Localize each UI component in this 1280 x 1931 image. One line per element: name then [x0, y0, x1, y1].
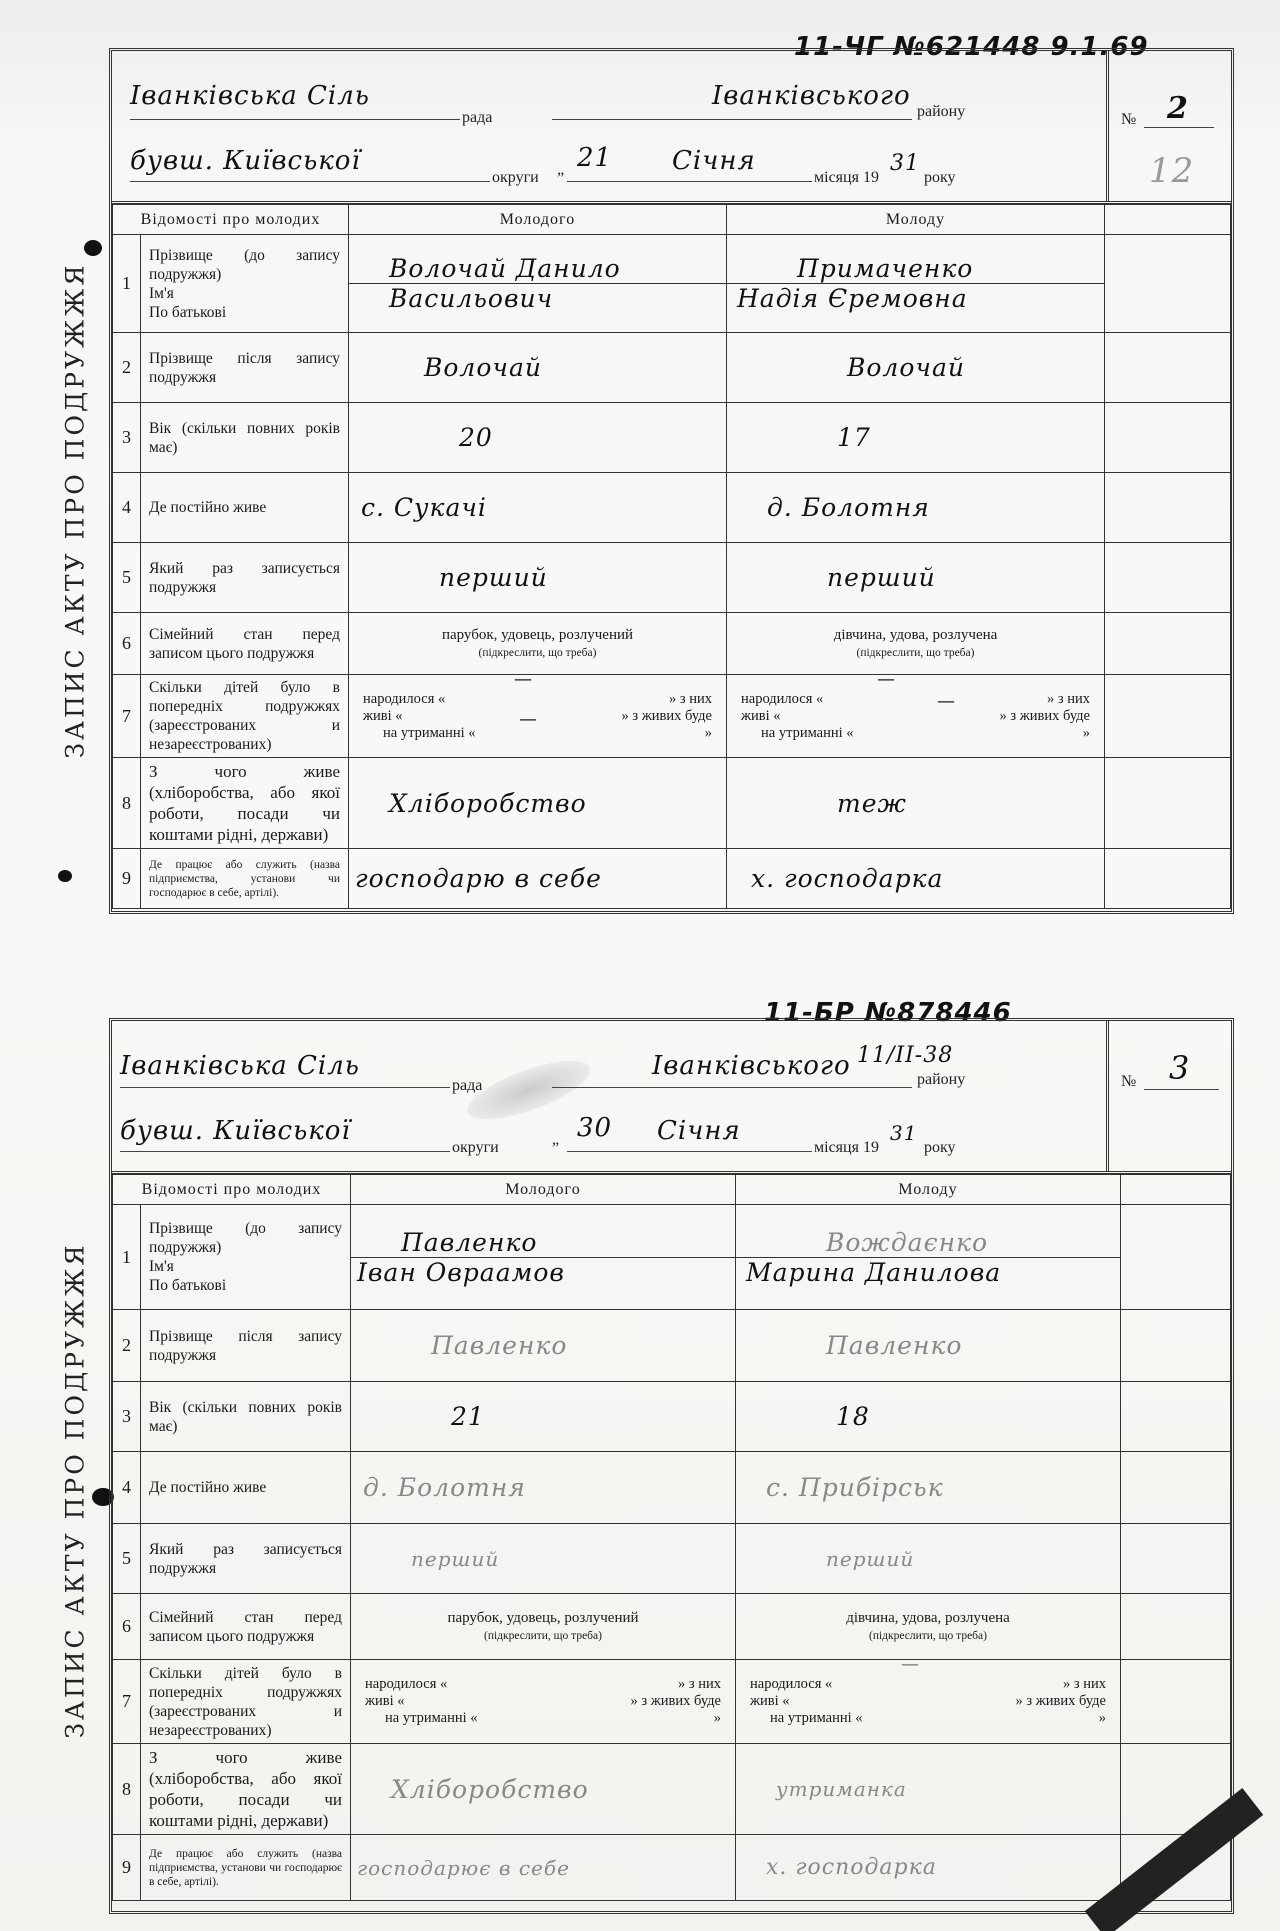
of-them-label: » з них	[669, 691, 712, 708]
day-value: 30	[577, 1113, 612, 1143]
row-number: 1	[113, 1205, 141, 1310]
header-groom: Молодого	[349, 205, 727, 235]
date-line	[567, 1151, 812, 1152]
margin-cell	[1105, 758, 1231, 849]
row-number: 7	[113, 1660, 141, 1744]
row-number: 4	[113, 1452, 141, 1524]
row-label: Вік (скільки повних років має)	[141, 1382, 351, 1452]
row-label: Сімейний стан перед записом цього подруж…	[141, 1594, 351, 1660]
label-surname: Прізвище (до запису подружжя)	[149, 246, 340, 284]
rayon-line	[552, 1087, 912, 1088]
of-them-label: » з них	[1063, 1676, 1106, 1693]
rayon-value: Іванківського	[712, 81, 911, 111]
table-row: 3 Вік (скільки повних років має) 21 18	[113, 1382, 1231, 1452]
label-name: Ім'я	[149, 1257, 342, 1276]
table-row: 4 Де постійно живе д. Болотня с. Прибірс…	[113, 1452, 1231, 1524]
bride-children: народилося «» з них живі «» з живих буде…	[736, 1660, 1121, 1744]
margin-col	[1121, 1175, 1231, 1205]
table-row: 1 Прізвище (до запису подружжя) Ім'я По …	[113, 1205, 1231, 1310]
side-title: ЗАПИС АКТУ ПРО ПОДРУЖЖЯ	[44, 220, 106, 800]
bride-livelihood: утриманка	[736, 1777, 1120, 1801]
underline-hint: (підкреслити, що треба)	[349, 644, 726, 662]
row-number: 9	[113, 1835, 141, 1901]
year-label: року	[924, 1139, 956, 1157]
bride-first-patronymic: Надія Єремовна	[727, 284, 968, 313]
row-label: Який раз записується подружжя	[141, 543, 349, 613]
row-label: Де постійно живе	[141, 473, 349, 543]
bride-children: народилося «» з них живі «» з живих буде…	[727, 675, 1105, 758]
supported-label: на утриманні «	[385, 1710, 478, 1727]
table-row: 7 Скільки дітей було в попередніх подруж…	[113, 675, 1231, 758]
row-number: 8	[113, 1744, 141, 1835]
groom-workplace: господарю в себе	[349, 864, 726, 893]
okruha-label: округи	[492, 169, 539, 187]
margin-col	[1105, 205, 1231, 235]
header-info: Відомості про молодих	[113, 1175, 351, 1205]
bride-children-born: —	[901, 1656, 919, 1673]
row-label: Прізвище після запису подружжя	[141, 1310, 351, 1382]
row-number: 3	[113, 403, 141, 473]
groom-children-supported: —	[519, 711, 537, 728]
number-label: №	[1121, 111, 1136, 129]
groom-residence: д. Болотня	[351, 1473, 735, 1502]
quote-open: „	[552, 1131, 559, 1149]
margin-cell	[1105, 333, 1231, 403]
bride-marital-options: дівчина, удова, розлучена	[846, 1610, 1010, 1626]
bride-surname-after: Павленко	[736, 1331, 1120, 1360]
bride-marriage-count: перший	[727, 563, 1104, 592]
selrada-value: Іванківська Сіль	[120, 1051, 360, 1081]
bride-surname-before: Примаченко	[727, 254, 973, 283]
bride-marital-status: дівчина, удова, розлучена (підкреслити, …	[736, 1594, 1121, 1660]
table-row: 5 Який раз записується подружжя перший п…	[113, 1524, 1231, 1594]
row-number: 7	[113, 675, 141, 758]
rayon-value: Іванківського	[652, 1051, 851, 1081]
groom-name-cell: Волочай Данило Васильович	[349, 235, 727, 333]
bride-workplace: х. господарка	[727, 864, 1104, 893]
bride-marital-status: дівчина, удова, розлучена (підкреслити, …	[727, 613, 1105, 675]
close-quote: »	[705, 725, 712, 742]
table-row: 6 Сімейний стан перед записом цього подр…	[113, 1594, 1231, 1660]
row-label: Сімейний стан перед записом цього подруж…	[141, 613, 349, 675]
row-label: Прізвище після запису подружжя	[141, 333, 349, 403]
year-label: року	[924, 169, 956, 187]
year-value: 31	[890, 151, 920, 176]
marriage-record-1: ЗАПИС АКТУ ПРО ПОДРУЖЖЯ 11-ЧГ №621448 9.…	[44, 40, 1234, 920]
groom-surname-before: Павленко	[351, 1228, 537, 1257]
groom-age: 21	[351, 1402, 735, 1431]
groom-livelihood: Хліборобство	[349, 789, 726, 818]
record-number-box: № 3	[1106, 1021, 1231, 1171]
groom-marital-options: парубок, удовець, розлучений	[447, 1610, 638, 1626]
table-row: 3 Вік (скільки повних років має) 20 17	[113, 403, 1231, 473]
row-label: Прізвище (до запису подружжя) Ім'я По ба…	[141, 1205, 351, 1310]
bride-age: 18	[736, 1402, 1120, 1431]
bride-age: 17	[727, 423, 1104, 452]
date-line	[567, 181, 812, 182]
side-annotation: 11/ІІ-38	[857, 1043, 953, 1068]
rada-label: рада	[462, 109, 492, 127]
row-number: 2	[113, 1310, 141, 1382]
form-frame: Іванківська Сіль рада Іванківського 11/І…	[109, 1018, 1234, 1914]
label-patronymic: По батькові	[149, 1276, 342, 1295]
record-number: 3	[1169, 1049, 1190, 1087]
row-label: Який раз записується подружжя	[141, 1524, 351, 1594]
alive-label: живі «	[750, 1693, 790, 1710]
margin-cell	[1105, 473, 1231, 543]
row-number: 5	[113, 1524, 141, 1594]
margin-cell	[1105, 543, 1231, 613]
okruha-value: бувш. Київської	[120, 1116, 351, 1146]
supported-label: на утриманні «	[770, 1710, 863, 1727]
record-number: 2	[1167, 91, 1189, 126]
row-label: Де працює або служить (назва підприємств…	[141, 849, 349, 909]
row-label: Скільки дітей було в попередніх подружжя…	[141, 1660, 351, 1744]
row-number: 1	[113, 235, 141, 333]
header-info: Відомості про молодих	[113, 205, 349, 235]
alive-end-label: » з живих буде	[1016, 1693, 1106, 1710]
groom-workplace: господарює в себе	[351, 1856, 735, 1880]
groom-name-cell: Павленко Іван Овраамов	[351, 1205, 736, 1310]
okruha-line	[120, 1151, 450, 1152]
groom-patronymic: Васильович	[349, 284, 553, 313]
table-row: 8 З чого живе (хліборобства, або якої ро…	[113, 1744, 1231, 1835]
table-row: 8 З чого живе (хліборобства, або якої ро…	[113, 758, 1231, 849]
month-label: місяця 19	[814, 169, 879, 187]
label-name: Ім'я	[149, 284, 340, 303]
header-groom: Молодого	[351, 1175, 736, 1205]
okruha-value: бувш. Київської	[130, 146, 361, 176]
rayon-label: району	[917, 1071, 965, 1089]
table-row: 1 Прізвище (до запису подружжя) Ім'я По …	[113, 235, 1231, 333]
year-value: 31	[890, 1121, 917, 1145]
table-row: 4 Де постійно живе с. Сукачі д. Болотня	[113, 473, 1231, 543]
okruha-line	[130, 181, 490, 182]
table-row: 5 Який раз записується подружжя перший п…	[113, 543, 1231, 613]
okruha-label: округи	[452, 1139, 499, 1157]
rayon-label: району	[917, 103, 965, 121]
table-row: 2 Прізвище після запису подружжя Волочай…	[113, 333, 1231, 403]
quote-open: „	[557, 161, 564, 179]
groom-age: 20	[349, 423, 726, 452]
row-number: 4	[113, 473, 141, 543]
row-label: З чого живе (хліборобства, або якої робо…	[141, 1744, 351, 1835]
margin-cell	[1121, 1524, 1231, 1594]
row-number: 3	[113, 1382, 141, 1452]
born-label: народилося «	[363, 691, 445, 708]
margin-cell	[1105, 675, 1231, 758]
row-number: 6	[113, 613, 141, 675]
bride-name-cell: Примаченко Надія Єремовна	[727, 235, 1105, 333]
of-them-label: » з них	[678, 1676, 721, 1693]
margin-cell	[1121, 1594, 1231, 1660]
selrada-value: Іванківська Сіль	[130, 81, 370, 111]
close-quote: »	[1083, 725, 1090, 742]
number-line	[1144, 1089, 1219, 1090]
groom-marital-status: парубок, удовець, розлучений (підкреслит…	[351, 1594, 736, 1660]
groom-children-born: —	[514, 671, 532, 688]
groom-marriage-count: перший	[349, 563, 726, 592]
alive-end-label: » з живих буде	[631, 1693, 721, 1710]
rada-label: рада	[452, 1077, 482, 1095]
row-label: З чого живе (хліборобства, або якої робо…	[141, 758, 349, 849]
number-line	[1144, 127, 1214, 128]
month-value: Січня	[672, 146, 756, 176]
alive-end-label: » з живих буде	[622, 708, 712, 725]
ink-stain	[58, 870, 72, 882]
label-patronymic: По батькові	[149, 303, 340, 322]
close-quote: »	[714, 1710, 721, 1727]
header-bride: Молоду	[736, 1175, 1121, 1205]
margin-cell	[1121, 1382, 1231, 1452]
table-row: 9 Де працює або служить (назва підприємс…	[113, 1835, 1231, 1901]
groom-residence: с. Сукачі	[349, 493, 726, 522]
bride-children-born: —	[877, 671, 895, 688]
selrada-line	[120, 1087, 450, 1088]
groom-livelihood: Хліборобство	[351, 1775, 735, 1804]
groom-marriage-count: перший	[351, 1547, 735, 1571]
marriage-record-2: ЗАПИС АКТУ ПРО ПОДРУЖЖЯ 11-БР №878446 Ів…	[44, 1000, 1234, 1920]
rayon-line	[552, 119, 912, 120]
bride-name-cell: Вождаєнко Марина Данилова	[736, 1205, 1121, 1310]
margin-cell	[1121, 1452, 1231, 1524]
groom-children: народилося «» з них живі «» з живих буде…	[351, 1660, 736, 1744]
alive-label: живі «	[365, 1693, 405, 1710]
record-table: Відомості про молодих Молодого Молоду 1 …	[112, 204, 1231, 909]
row-number: 9	[113, 849, 141, 909]
bride-first-patronymic: Марина Данилова	[736, 1258, 1001, 1287]
margin-cell	[1121, 1205, 1231, 1310]
label-surname: Прізвище (до запису подружжя)	[149, 1219, 342, 1257]
row-label: Де постійно живе	[141, 1452, 351, 1524]
bride-marriage-count: перший	[736, 1547, 1120, 1571]
row-number: 5	[113, 543, 141, 613]
groom-first-patronymic: Іван Овраамов	[351, 1258, 565, 1287]
margin-cell	[1105, 849, 1231, 909]
row-number: 2	[113, 333, 141, 403]
born-label: народилося «	[750, 1676, 832, 1693]
groom-surname-after: Павленко	[351, 1331, 735, 1360]
close-quote: »	[1099, 1710, 1106, 1727]
born-label: народилося «	[365, 1676, 447, 1693]
underline-hint: (підкреслити, що треба)	[736, 1627, 1120, 1645]
row-label: Прізвище (до запису подружжя) Ім'я По ба…	[141, 235, 349, 333]
table-row: 9 Де працює або служить (назва підприємс…	[113, 849, 1231, 909]
bride-surname-after: Волочай	[727, 353, 1104, 382]
form-frame: Іванківська Сіль рада Іванківського райо…	[109, 48, 1234, 914]
alive-label: живі «	[741, 708, 781, 725]
groom-marital-options: парубок, удовець, розлучений	[442, 627, 633, 643]
margin-cell	[1105, 613, 1231, 675]
bride-livelihood: теж	[727, 789, 1104, 818]
margin-cell	[1121, 1310, 1231, 1382]
number-label: №	[1121, 1073, 1136, 1091]
born-label: народилося «	[741, 691, 823, 708]
supported-label: на утриманні «	[383, 725, 476, 742]
table-row: 6 Сімейний стан перед записом цього подр…	[113, 613, 1231, 675]
selrada-line	[130, 119, 460, 120]
month-value: Січня	[657, 1116, 741, 1146]
row-label: Де працює або служить (назва підприємств…	[141, 1835, 351, 1901]
record-number-note: 12	[1149, 151, 1194, 191]
bride-residence: с. Прибірськ	[736, 1473, 1120, 1502]
row-label: Скільки дітей було в попередніх подружжя…	[141, 675, 349, 758]
groom-children: народилося «» з них живі «» з живих буде…	[349, 675, 727, 758]
underline-hint: (підкреслити, що треба)	[351, 1627, 735, 1645]
table-row: 7 Скільки дітей було в попередніх подруж…	[113, 1660, 1231, 1744]
form-header: Іванківська Сіль рада Іванківського 11/І…	[112, 1021, 1231, 1174]
header-bride: Молоду	[727, 205, 1105, 235]
month-label: місяця 19	[814, 1139, 879, 1157]
bride-surname-before: Вождаєнко	[736, 1228, 988, 1257]
day-value: 21	[577, 143, 612, 173]
bride-marital-options: дівчина, удова, розлучена	[834, 627, 998, 643]
ink-stain	[84, 240, 102, 256]
record-number-box: № 2 12	[1106, 51, 1231, 201]
alive-label: живі «	[363, 708, 403, 725]
margin-cell	[1105, 235, 1231, 333]
margin-cell	[1105, 403, 1231, 473]
bride-workplace: х. господарка	[736, 1855, 1120, 1880]
margin-cell	[1121, 1660, 1231, 1744]
of-them-label: » з них	[1047, 691, 1090, 708]
groom-surname-after: Волочай	[349, 353, 726, 382]
supported-label: на утриманні «	[761, 725, 854, 742]
underline-hint: (підкреслити, що треба)	[727, 644, 1104, 662]
bride-residence: д. Болотня	[727, 493, 1104, 522]
row-number: 8	[113, 758, 141, 849]
row-label: Вік (скільки повних років має)	[141, 403, 349, 473]
table-row: 2 Прізвище після запису подружжя Павленк…	[113, 1310, 1231, 1382]
bride-children-supported: —	[937, 693, 955, 710]
alive-end-label: » з живих буде	[1000, 708, 1090, 725]
record-table: Відомості про молодих Молодого Молоду 1 …	[112, 1174, 1231, 1901]
groom-marital-status: парубок, удовець, розлучений (підкреслит…	[349, 613, 727, 675]
groom-surname-before: Волочай Данило	[349, 254, 621, 283]
form-header: Іванківська Сіль рада Іванківського райо…	[112, 51, 1231, 204]
row-number: 6	[113, 1594, 141, 1660]
